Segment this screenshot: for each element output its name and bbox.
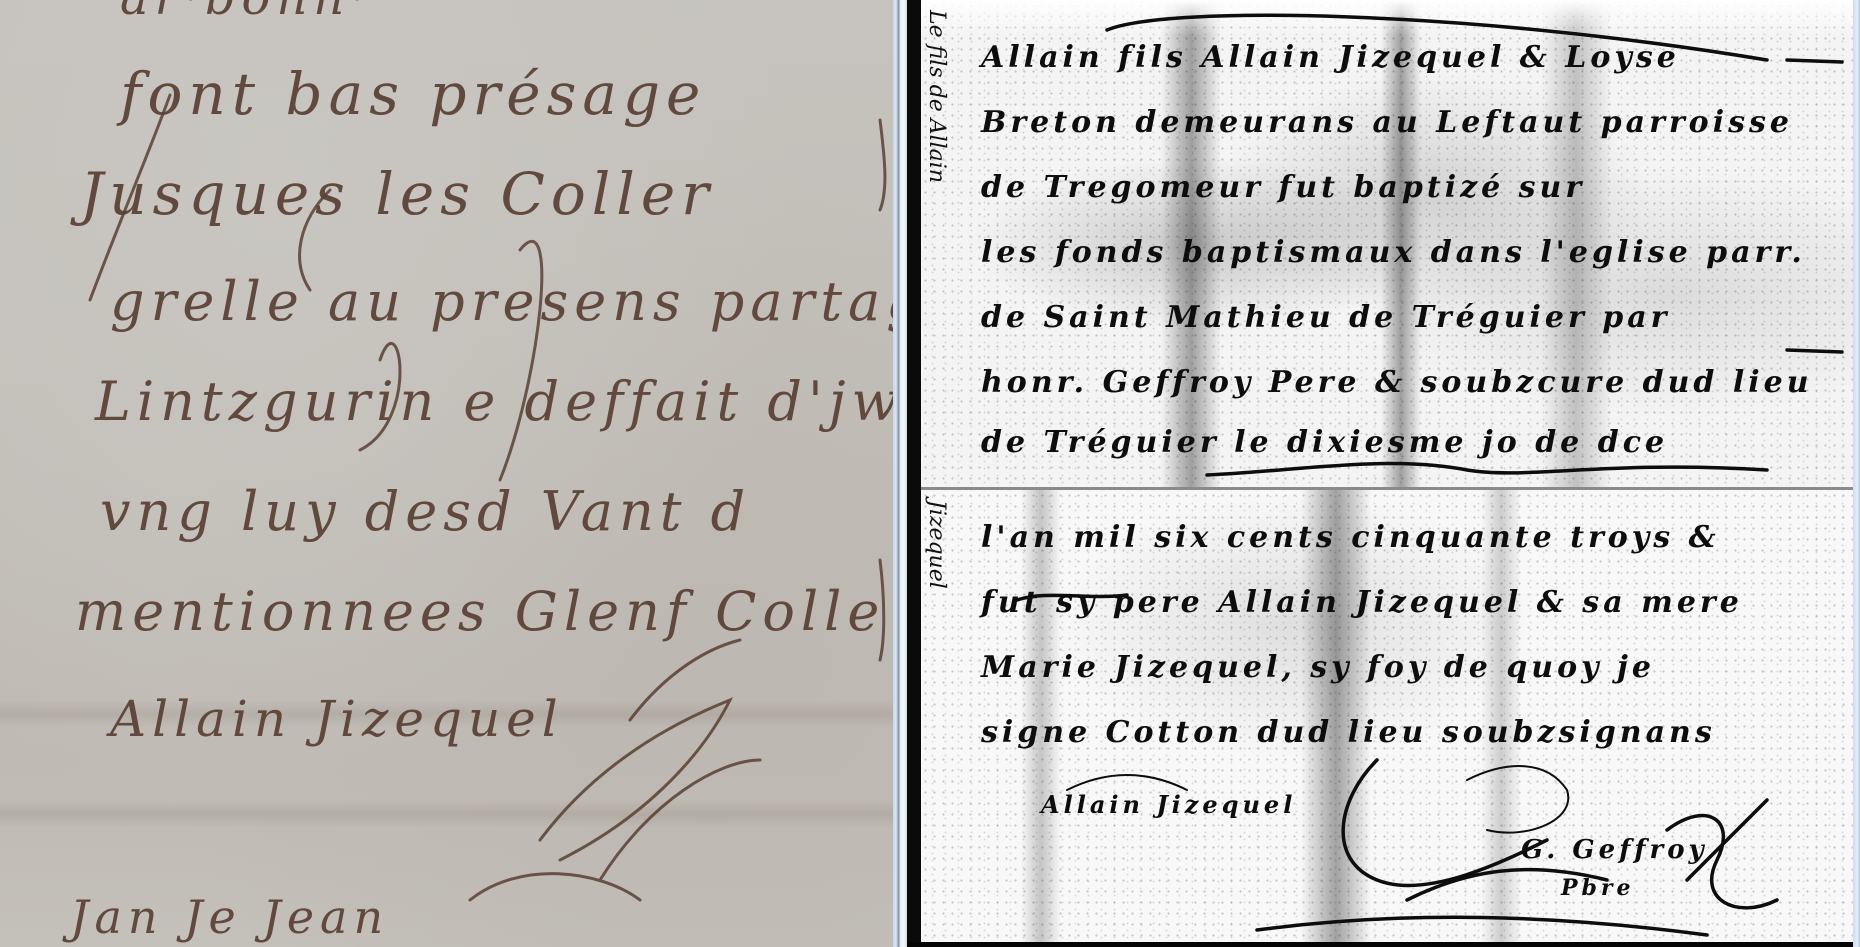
handwritten-line: vng luy desd Vant d	[100, 480, 751, 543]
handwritten-line: grelle au presens partage	[110, 270, 893, 333]
handwritten-line: ar·bonn·	[120, 0, 372, 26]
scan-bottom-edge	[907, 942, 1853, 947]
handwritten-line: mentionnees Glenf Colle	[75, 580, 885, 643]
handwritten-line: Lintzgurin e deffait d'jw	[95, 370, 893, 433]
window-frame-right	[1853, 0, 1860, 947]
handwriting-strokes	[0, 0, 893, 947]
handwritten-line: Jan Je Jean	[70, 890, 389, 944]
handwritten-line: font bas présage	[120, 60, 706, 128]
handwritten-line: Allain Jizequel	[110, 690, 564, 748]
dual-document-viewer: ar·bonn·font bas présageJusques les Coll…	[0, 0, 1860, 947]
handwritten-line: Jusques les Coller	[80, 160, 715, 228]
manuscript-photo-pane[interactable]: ar·bonn·font bas présageJusques les Coll…	[0, 0, 893, 947]
scan-flourish-strokes	[907, 0, 1853, 942]
pane-divider[interactable]	[893, 0, 907, 947]
register-scan-pane[interactable]: Le fils de Allain Allain fils Allain Jiz…	[907, 0, 1853, 942]
